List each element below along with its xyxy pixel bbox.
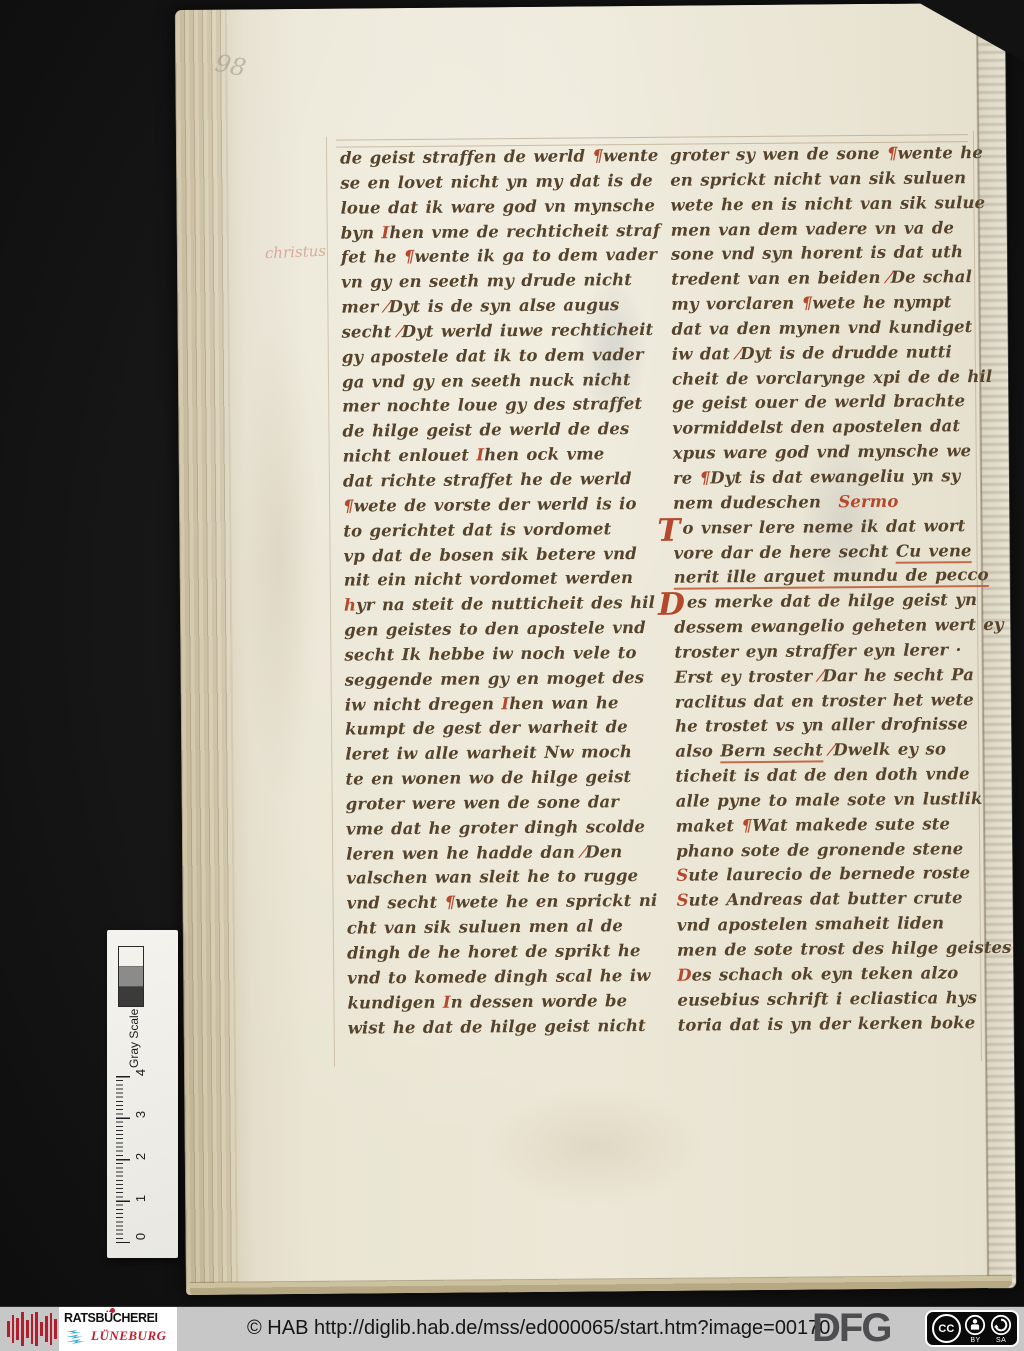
- manuscript-line: valschen wan sleit he to rugge: [346, 866, 651, 894]
- cc-by-label: BY: [970, 1337, 980, 1344]
- manuscript-line: nerit ille arguet mundu de pecco: [674, 565, 979, 593]
- manuscript-line: eusebius schrift i ecliastica hys: [677, 988, 982, 1016]
- cc-sa-label: SA: [996, 1337, 1006, 1344]
- manuscript-line: Sute laurecio de bernede roste: [676, 864, 981, 892]
- logo-bar: [54, 1319, 57, 1339]
- parchment-stain: [237, 309, 321, 810]
- ruling-line-top: [336, 134, 968, 141]
- manuscript-line: gen geistes to den apostele vnd: [344, 618, 649, 646]
- manuscript-line: phano sote de gronende stene: [676, 839, 981, 867]
- manuscript-line: men van dem vadere vn va de: [671, 218, 976, 246]
- manuscript-line: nem dudeschen Sermo: [673, 491, 978, 519]
- manuscript-line: to gerichtet dat is vordomet: [343, 519, 648, 547]
- parchment-stain: [484, 1085, 705, 1207]
- digitized-manuscript-scan: 98 christus de geist straffen de werld ¶…: [0, 0, 1024, 1351]
- dfg-logo: DFG: [812, 1306, 890, 1351]
- manuscript-column-right: groter sy wen de sone ¶wente heen sprick…: [670, 143, 983, 1040]
- library-city: LÜNEBURG: [91, 1328, 167, 1344]
- ruler-number: 0: [133, 1233, 148, 1240]
- manuscript-line: mer ⁄Dyt is de syn alse augus: [341, 295, 646, 323]
- manuscript-page: 98 christus de geist straffen de werld ¶…: [175, 3, 1016, 1295]
- manuscript-line: Sute Andreas dat butter crute: [676, 888, 981, 916]
- manuscript-line: men de sote trost des hilge geistes: [677, 938, 982, 966]
- manuscript-line: ticheit is dat de den doth vnde: [675, 764, 980, 792]
- library-name: RATSBÜCHEREI: [64, 1311, 158, 1325]
- manuscript-line: mer nochte loue gy des straffet: [342, 394, 647, 422]
- manuscript-line: ¶wete de vorste der werld is io: [343, 494, 648, 522]
- umlaut-dot-icon: [110, 1308, 115, 1313]
- ruler-number: 2: [133, 1153, 148, 1160]
- logo-bar: [40, 1322, 43, 1336]
- manuscript-line: wete he en is nicht van sik sulue: [670, 193, 975, 221]
- manuscript-line: kundigen In dessen worde be: [347, 991, 652, 1019]
- manuscript-line: vnd to komede dingh scal he iw: [347, 966, 652, 994]
- logo-bar: [45, 1316, 48, 1342]
- manuscript-line: groter sy wen de sone ¶wente he: [670, 143, 975, 171]
- gray-scale-card: Gray Scale 4 3 2 1 0: [107, 930, 178, 1258]
- manuscript-line: fet he ¶wente ik ga to dem vader: [341, 245, 646, 273]
- manuscript-line: vormiddelst den apostelen dat: [672, 416, 977, 444]
- manuscript-line: dingh de he horet de sprikt he: [347, 941, 652, 969]
- manuscript-line: Des merke dat de hilge geist yn: [674, 590, 979, 618]
- manuscript-line: te en wonen wo de hilge geist: [345, 767, 650, 795]
- manuscript-line: also Bern secht ⁄Dwelk ey so: [675, 739, 980, 767]
- ruler-major-ticks: [116, 1076, 130, 1243]
- manuscript-line: seggende men gy en moget des: [345, 668, 650, 696]
- manuscript-line: groter were wen de sone dar: [346, 792, 651, 820]
- manuscript-line: vme dat he groter dingh scolde: [346, 817, 651, 845]
- cc-license-badge: CC BY SA: [925, 1310, 1019, 1347]
- manuscript-line: Erst ey troster ⁄Dar he secht Pa: [675, 665, 980, 693]
- manuscript-line: nicht enlouet Ihen ock vme: [343, 444, 648, 472]
- page-edge-stack: [175, 10, 238, 1295]
- logo-bar: [31, 1314, 34, 1344]
- cc-sa-unit: SA: [990, 1314, 1012, 1344]
- page-bottom-edge: [190, 1275, 1012, 1295]
- manuscript-line: sone vnd syn horent is dat uth: [671, 242, 976, 270]
- manuscript-line: he trostet vs yn aller drofnisse: [675, 714, 980, 742]
- manuscript-line: To vnser lere neme ik dat wort: [673, 516, 978, 544]
- ruler-number: 1: [133, 1195, 148, 1202]
- manuscript-line: cheit de vorclarynge xpi de de hil: [672, 367, 977, 395]
- manuscript-line: loue dat ik ware god vn mynsche: [340, 196, 645, 224]
- manuscript-line: kumpt de gest der warheit de: [345, 717, 650, 745]
- cc-by-person-icon: [964, 1314, 986, 1336]
- logo-bar: [16, 1318, 19, 1340]
- manuscript-line: de geist straffen de werld ¶wente: [340, 146, 645, 174]
- manuscript-line: ga vnd gy en seeth nuck nicht: [342, 370, 647, 398]
- logo-bar: [21, 1312, 24, 1346]
- manuscript-line: dessem ewangelio geheten wert ey: [674, 615, 979, 643]
- manuscript-line: maket ¶Wat makede sute ste: [676, 814, 981, 842]
- manuscript-line: raclitus dat en troster het wete: [675, 690, 980, 718]
- manuscript-column-left: de geist straffen de werld ¶wentese en l…: [340, 146, 653, 1043]
- footer-bar: RATSBÜCHEREI LÜNEBURG © HAB http://digli…: [0, 1306, 1024, 1351]
- ruler-number: 4: [133, 1069, 148, 1076]
- manuscript-line: secht ⁄Dyt werld iuwe rechticheit: [342, 320, 647, 348]
- manuscript-line: se en lovet nicht yn my dat is de: [340, 171, 645, 199]
- gray-scale-label: Gray Scale: [127, 998, 141, 1068]
- manuscript-line: wist he dat de hilge geist nicht: [348, 1015, 653, 1043]
- manuscript-line: vore dar de here secht Cu vene: [673, 541, 978, 569]
- ruler-number: 3: [133, 1111, 148, 1118]
- attribution-text: © HAB http://diglib.hab.de/mss/ed000065/…: [247, 1317, 830, 1340]
- logo-bar: [50, 1313, 53, 1345]
- patch-white: [119, 947, 143, 967]
- logo-bar: [26, 1320, 29, 1338]
- cc-icon: CC: [932, 1314, 961, 1343]
- manuscript-line: secht Ik hebbe iw noch vele to: [344, 643, 649, 671]
- manuscript-line: vn gy en seeth my drude nicht: [341, 270, 646, 298]
- manuscript-line: ge geist ouer de werld brachte: [672, 391, 977, 419]
- cc-by-unit: BY: [964, 1314, 986, 1344]
- ratsbuecherei-logo: RATSBÜCHEREI LÜNEBURG: [59, 1307, 177, 1351]
- manuscript-line: dat richte straffet he de werld: [343, 469, 648, 497]
- red-margin-note: christus: [265, 242, 327, 263]
- cc-sa-arrow-icon: [990, 1314, 1012, 1336]
- manuscript-line: troster eyn straffer eyn lerer ·: [674, 640, 979, 668]
- manuscript-line: vp dat de bosen sik betere vnd: [343, 543, 648, 571]
- manuscript-line: byn Ihen vme de rechticheit straf: [341, 220, 646, 248]
- manuscript-line: iw dat ⁄Dyt is de drudde nutti: [672, 342, 977, 370]
- manuscript-line: leren wen he hadde dan ⁄Den: [346, 842, 651, 870]
- folio-number: 98: [213, 49, 249, 83]
- manuscript-line: re ¶Dyt is dat ewangeliu yn sy: [673, 466, 978, 494]
- manuscript-line: dat va den mynen vnd kundiget: [672, 317, 977, 345]
- manuscript-line: alle pyne to male sote vn lustlik: [676, 789, 981, 817]
- manuscript-line: hyr na steit de nutticheit des hil: [344, 593, 649, 621]
- patch-gray: [119, 967, 143, 987]
- logo-bar: [35, 1312, 38, 1346]
- ratsbuecherei-bars-icon: [7, 1311, 57, 1347]
- manuscript-line: de hilge geist de werld de des: [342, 419, 647, 447]
- logo-bar: [7, 1321, 10, 1337]
- manuscript-line: gy apostele dat ik to dem vader: [342, 345, 647, 373]
- ruling-line-left: [326, 137, 335, 1067]
- manuscript-line: tredent van en beiden ⁄De schal: [671, 267, 976, 295]
- manuscript-line: toria dat is yn der kerken boke: [678, 1013, 983, 1041]
- manuscript-line: my vorclaren ¶wete he nympt: [671, 292, 976, 320]
- manuscript-line: Des schach ok eyn teken alzo: [677, 963, 982, 991]
- manuscript-line: vnd apostelen smaheit liden: [677, 913, 982, 941]
- manuscript-line: en sprickt nicht van sik suluen: [670, 168, 975, 196]
- manuscript-line: cht van sik suluen men al de: [347, 916, 652, 944]
- manuscript-line: vnd secht ¶wete he en sprickt ni: [347, 891, 652, 919]
- logo-bar: [12, 1315, 15, 1343]
- manuscript-line: nit ein nicht vordomet werden: [344, 568, 649, 596]
- manuscript-line: leret iw alle warheit Nw moch: [345, 742, 650, 770]
- waves-icon: [65, 1329, 89, 1346]
- manuscript-line: xpus ware god vnd mynsche we: [673, 441, 978, 469]
- manuscript-line: iw nicht dregen Ihen wan he: [345, 692, 650, 720]
